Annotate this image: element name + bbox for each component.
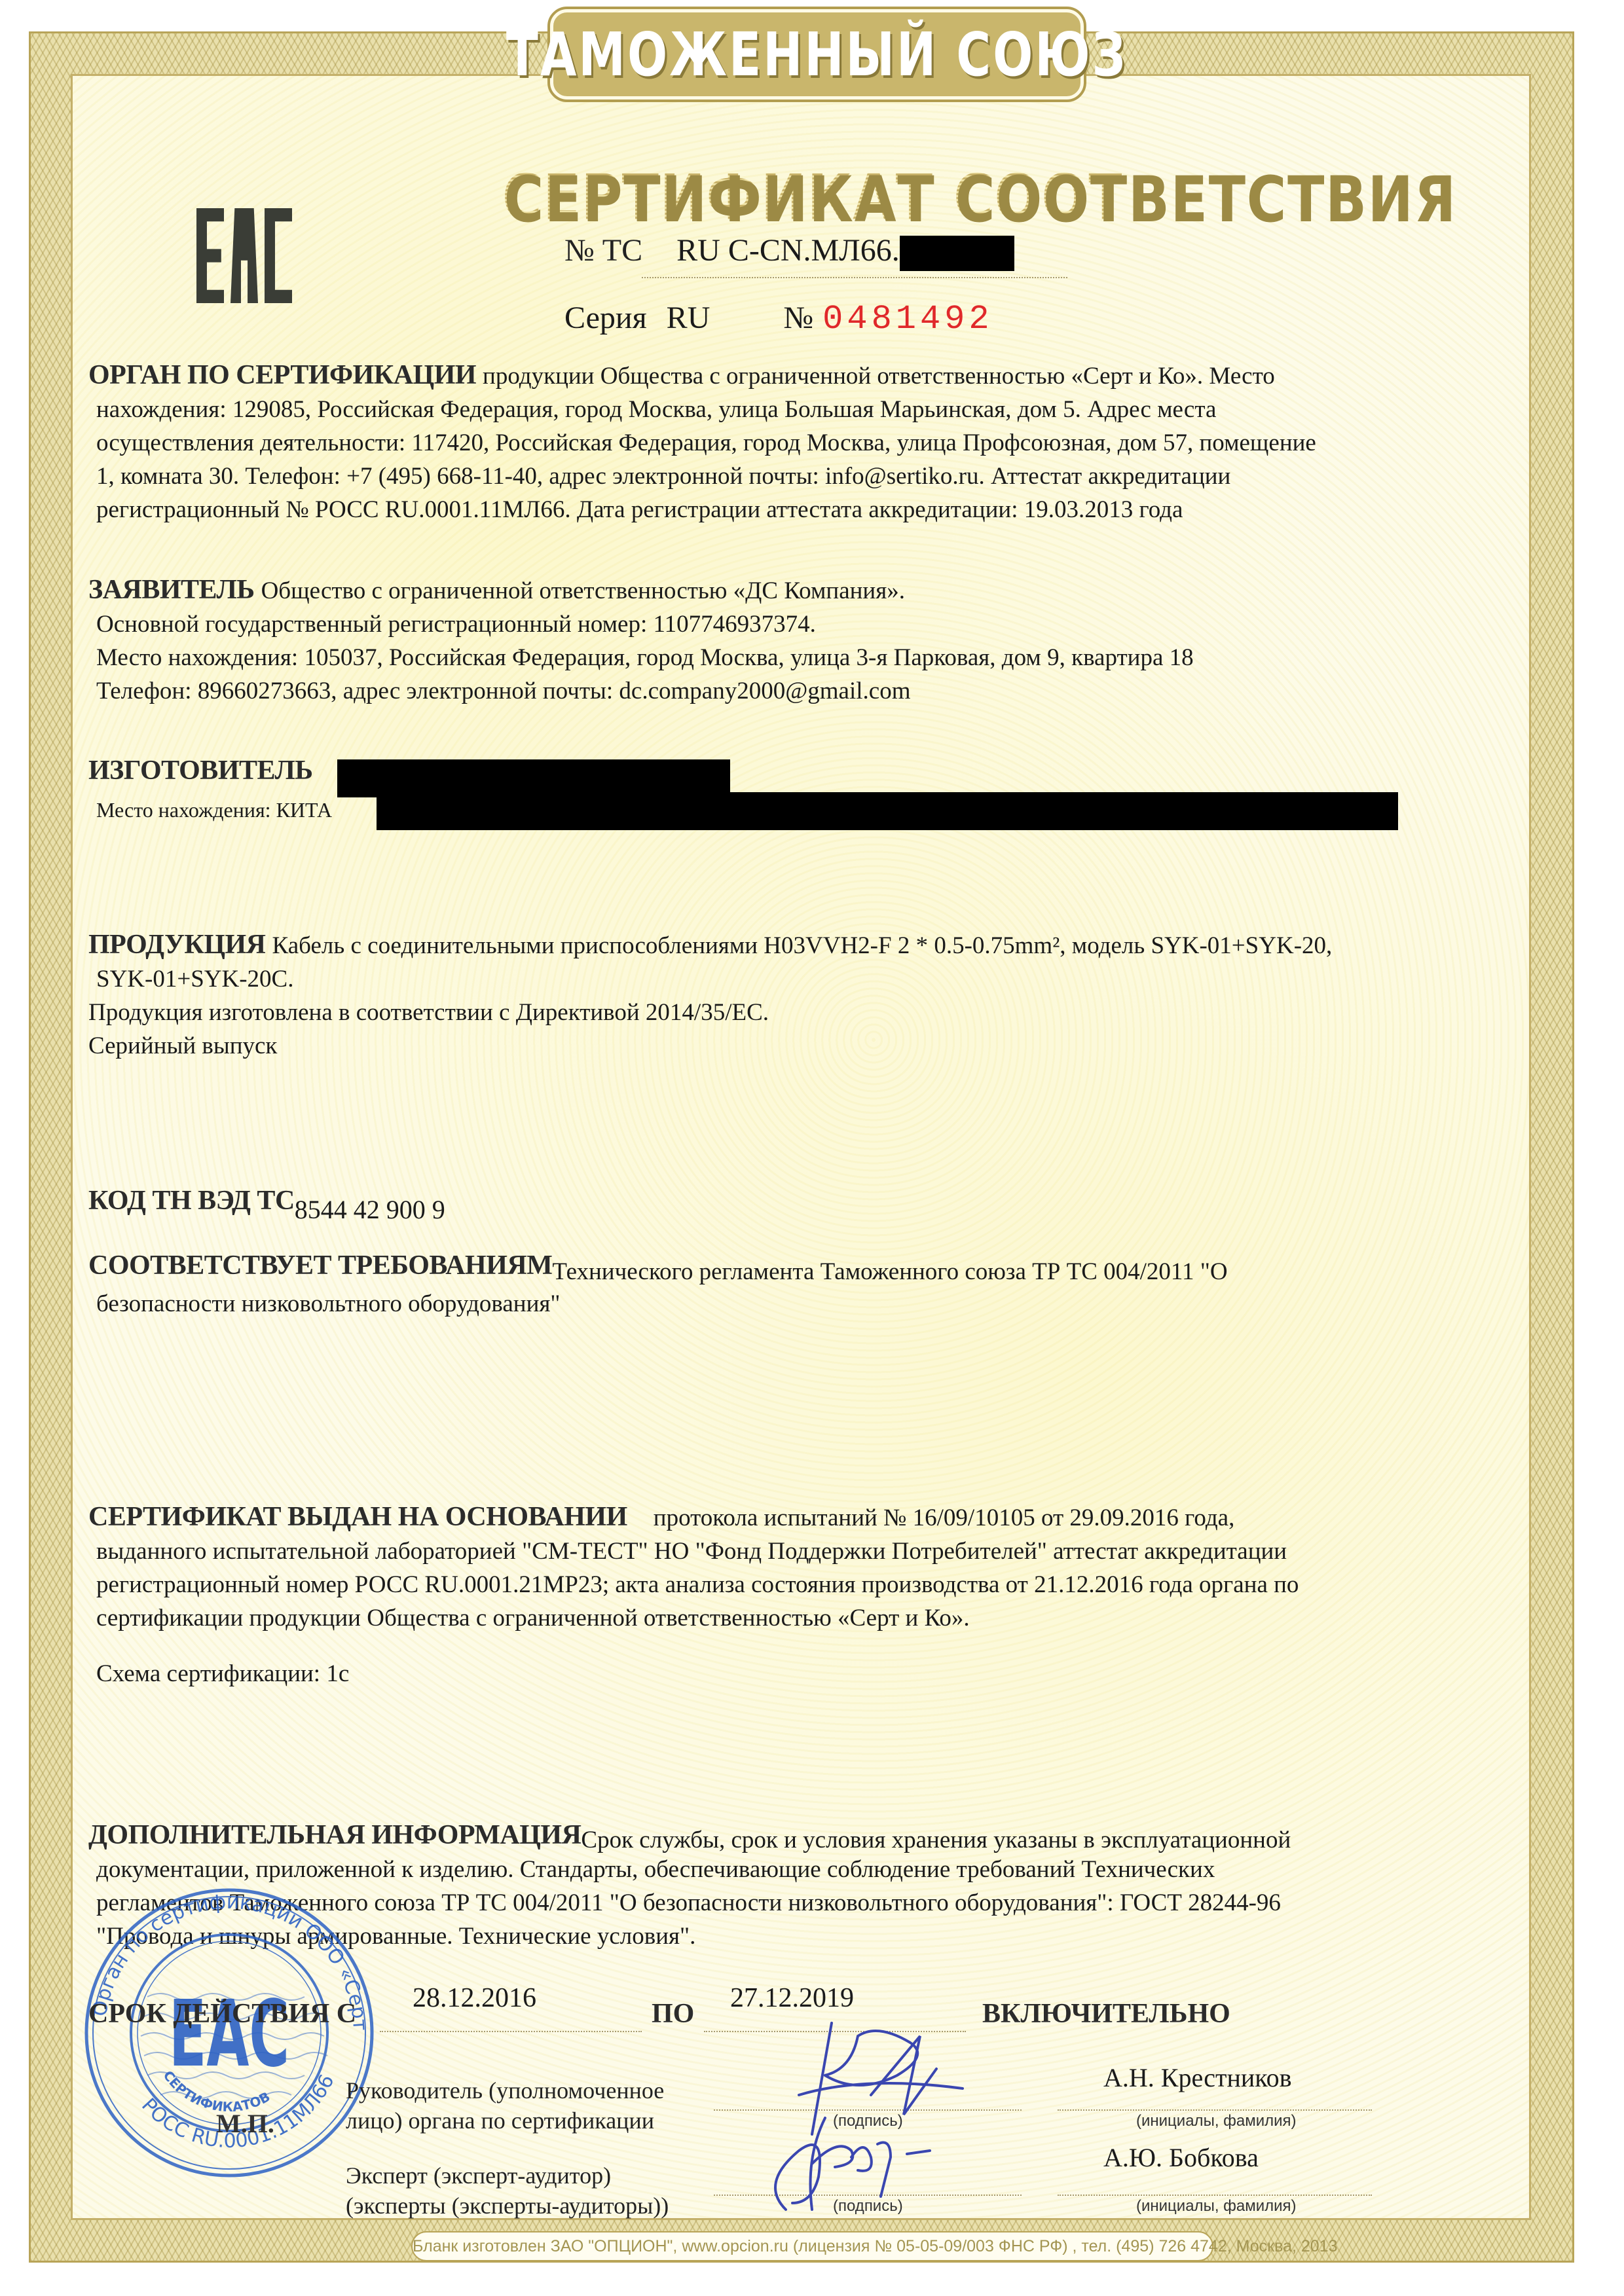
blank-imprint: Бланк изготовлен ЗАО "ОПЦИОН", www.opcio… — [411, 2231, 1213, 2261]
section-heading: ЗАЯВИТЕЛЬ — [88, 575, 255, 605]
expert-name: А.Ю. Бобкова — [1103, 2142, 1259, 2173]
series-row: Серия RU №0481492 — [564, 300, 993, 338]
hs-code-section: КОД ТН ВЭД ТС8544 42 900 9 — [88, 1184, 1496, 1218]
tc-number-value: RU C-CN.МЛ66. — [676, 233, 900, 268]
valid-to-date: 27.12.2019 — [730, 1982, 854, 2014]
section-heading: ОРГАН ПО СЕРТИФИКАЦИИ — [88, 360, 476, 390]
basis-section: СЕРТИФИКАТ ВЫДАН НА ОСНОВАНИИпротокола и… — [88, 1501, 1496, 1690]
redaction-block — [900, 236, 1014, 271]
expert-signature-icon — [747, 2105, 943, 2216]
head-label: Руководитель (уполномоченное лицо) орган… — [346, 2075, 664, 2136]
section-heading: ДОПОЛНИТЕЛЬНАЯ ИНФОРМАЦИЯ — [88, 1820, 581, 1850]
tc-number: № ТС RU C-CN.МЛ66. — [564, 232, 1014, 271]
tc-number-underline — [642, 277, 1067, 278]
section-heading: КОД ТН ВЭД ТС — [88, 1186, 295, 1216]
certification-body-section: ОРГАН ПО СЕРТИФИКАЦИИпродукции Общества … — [88, 359, 1496, 526]
section-heading: ИЗГОТОВИТЕЛЬ — [88, 756, 313, 786]
conformity-section: СООТВЕТСТВУЕТ ТРЕБОВАНИЯМТехнического ре… — [88, 1249, 1496, 1321]
head-name: А.Н. Крестников — [1103, 2062, 1292, 2093]
section-heading: СЕРТИФИКАТ ВЫДАН НА ОСНОВАНИИ — [88, 1502, 627, 1532]
applicant-section: ЗАЯВИТЕЛЬОбщество с ограниченной ответст… — [88, 574, 1496, 708]
section-heading: ПРОДУКЦИЯ — [88, 930, 266, 960]
certificate-title: СЕРТИФИКАТ СООТВЕТСТВИЯ — [502, 161, 1122, 234]
customs-union-banner: ТАМОЖЕННЫЙ СОЮЗ — [550, 9, 1084, 100]
section-heading: СООТВЕТСТВУЕТ ТРЕБОВАНИЯМ — [88, 1250, 552, 1281]
seal-place-label: М.П. — [216, 2108, 274, 2139]
expert-label: Эксперт (эксперт-аудитор) (эксперты (экс… — [346, 2160, 669, 2221]
banner-text: ТАМОЖЕННЫЙ СОЮЗ — [506, 20, 1128, 90]
hs-code-value: 8544 42 900 9 — [295, 1195, 445, 1224]
redaction-block — [377, 792, 1398, 830]
product-section: ПРОДУКЦИЯКабель с соединительными приспо… — [88, 928, 1496, 1063]
valid-from-date: 28.12.2016 — [413, 1982, 536, 2014]
eac-logo-icon — [196, 208, 292, 303]
certification-scheme: Схема сертификации: 1с — [88, 1657, 1496, 1690]
blank-number: 0481492 — [822, 300, 993, 338]
